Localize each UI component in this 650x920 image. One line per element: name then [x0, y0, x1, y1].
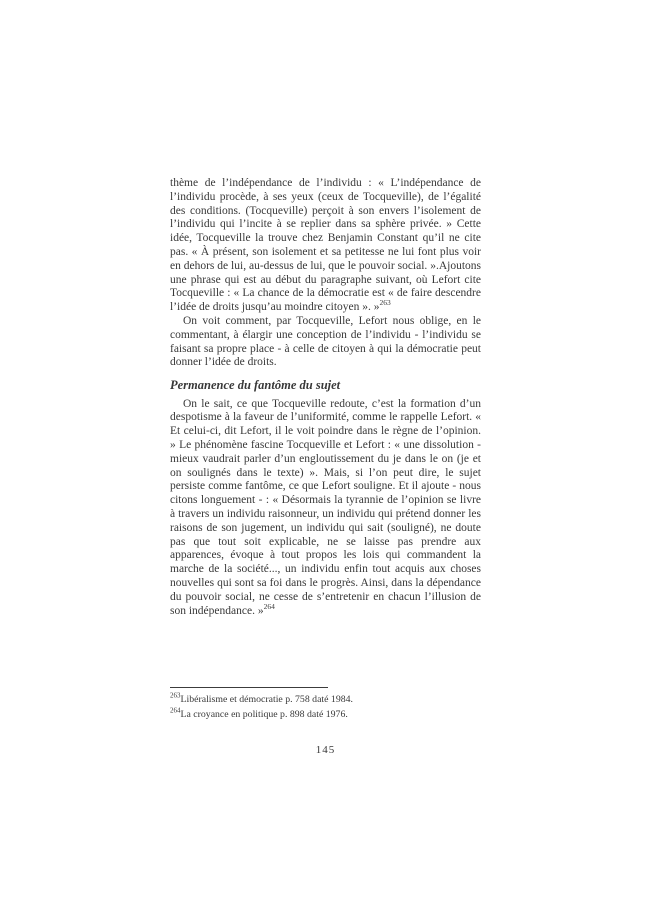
footnote-264: 264La croyance en politique p. 898 daté … [170, 707, 481, 722]
paragraph-1-text: thème de l’indépendance de l’individu : … [170, 177, 481, 313]
text-block: thème de l’indépendance de l’individu : … [170, 177, 481, 618]
footnote-263-text: Libéralisme et démocratie p. 758 daté 19… [181, 694, 353, 705]
footnote-263-marker: 263 [170, 692, 181, 700]
paragraph-3-text: On le sait, ce que Tocqueville redoute, … [170, 398, 481, 617]
footnote-264-text: La croyance en politique p. 898 daté 197… [181, 709, 348, 720]
footnote-ref-263: 263 [380, 298, 391, 307]
page-number: 145 [170, 744, 481, 756]
paragraph-continuation: thème de l’indépendance de l’individu : … [170, 177, 481, 315]
paragraph-3: On le sait, ce que Tocqueville redoute, … [170, 398, 481, 619]
footnote-263: 263Libéralisme et démocratie p. 758 daté… [170, 692, 481, 707]
footnote-ref-264: 264 [264, 602, 275, 611]
paragraph-2-text: On voit comment, par Tocqueville, Lefort… [170, 315, 481, 368]
footnotes-section: 263Libéralisme et démocratie p. 758 daté… [170, 687, 481, 722]
footnote-separator-rule [170, 687, 328, 688]
document-page: thème de l’indépendance de l’individu : … [0, 0, 650, 920]
paragraph-2: On voit comment, par Tocqueville, Lefort… [170, 315, 481, 370]
footnote-264-marker: 264 [170, 707, 181, 715]
section-heading: Permanence du fantôme du sujet [170, 378, 481, 392]
